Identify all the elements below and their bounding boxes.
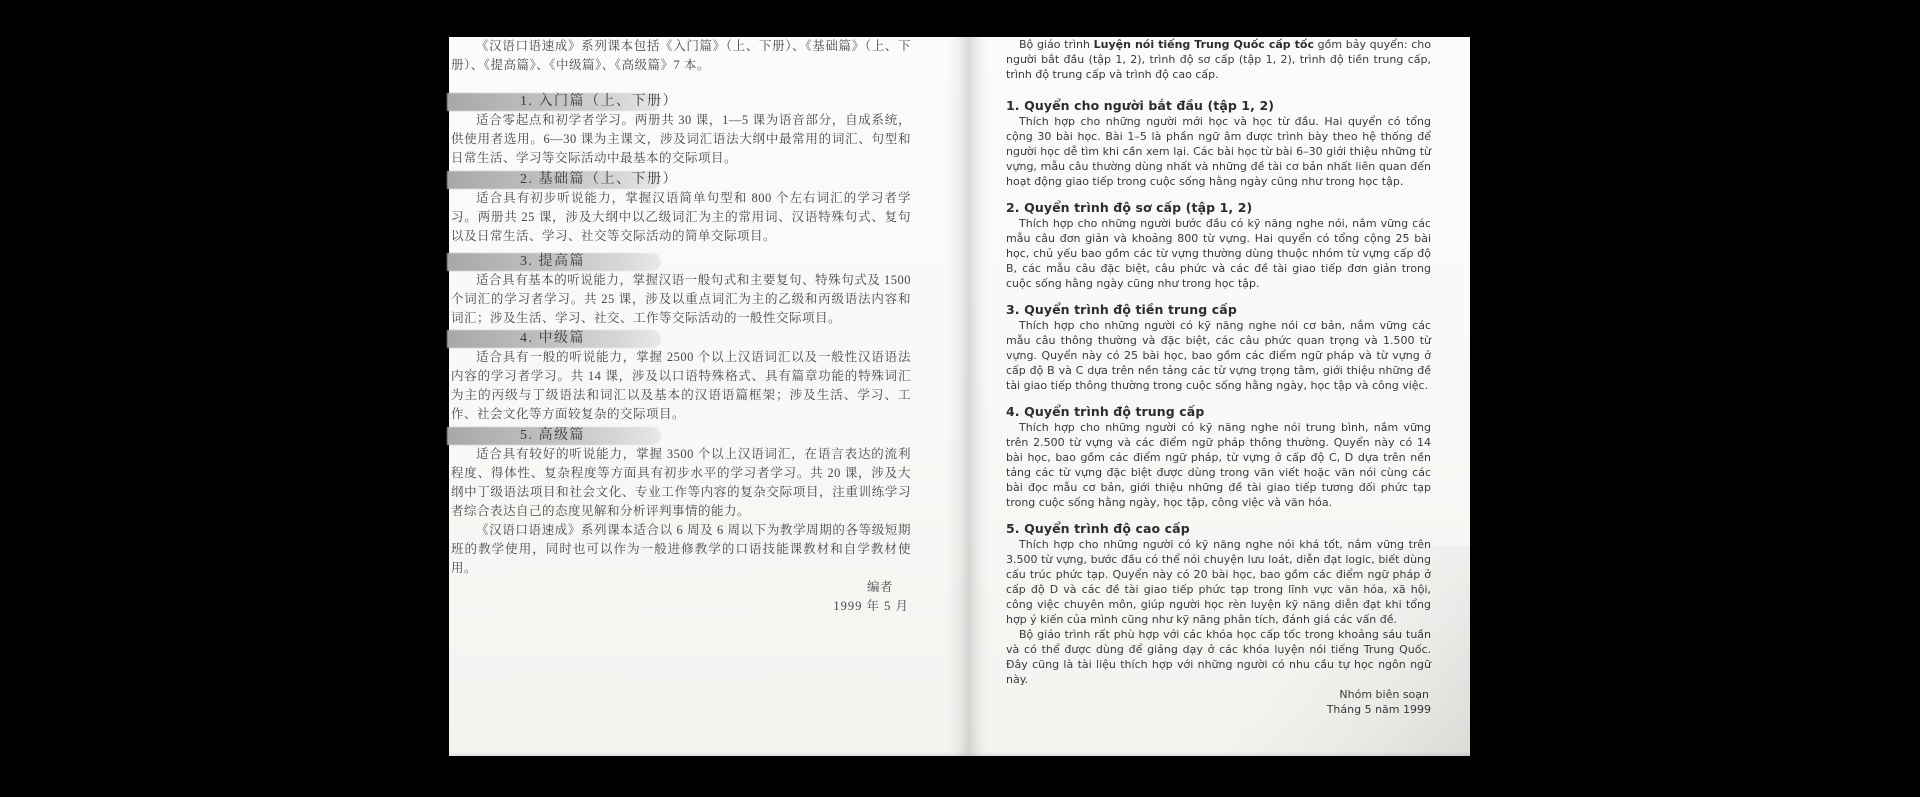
section-body-4: Thích hợp cho những người có kỹ năng ngh…: [1006, 420, 1431, 510]
section-heading-4: 4. 中级篇: [451, 330, 911, 348]
section-heading-2: 2. Quyển trình độ sơ cấp (tập 1, 2): [1006, 200, 1431, 216]
intro-paragraph: 《汉语口语速成》系列课本包括《入门篇》（上、下册）、《基础篇》（上、下册）、《提…: [451, 37, 911, 75]
series-title: Luyện nói tiếng Trung Quốc cấp tốc: [1094, 38, 1314, 51]
page-bottom-shade: [449, 752, 1470, 756]
section-heading-text: 4. 中级篇: [520, 327, 585, 350]
intro-prefix: Bộ giáo trình: [1019, 38, 1094, 51]
section-heading-5: 5. 高级篇: [451, 427, 911, 445]
section-heading-2: 2. 基础篇（上、下册）: [451, 171, 911, 189]
section-heading-text: 3. 提高篇: [520, 250, 585, 273]
section-body-3: Thích hợp cho những người có kỹ năng ngh…: [1006, 318, 1431, 393]
section-body-3: 适合具有基本的听说能力，掌握汉语一般句式和主要复句、特殊句式及 1500 个词汇…: [451, 271, 911, 328]
section-body-2: 适合具有初步听说能力，掌握汉语简单句型和 800 个左右词汇的学习者学习。两册共…: [451, 189, 911, 246]
left-page-chinese: 《汉语口语速成》系列课本包括《入门篇》（上、下册）、《基础篇》（上、下册）、《提…: [451, 37, 911, 756]
section-heading-text: 2. 基础篇（上、下册）: [520, 168, 678, 191]
section-body-5: 适合具有较好的听说能力，掌握 3500 个以上汉语词汇，在语言表达的流利程度、得…: [451, 445, 911, 521]
section-body-2: Thích hợp cho những người bước đầu có kỹ…: [1006, 216, 1431, 291]
section-heading-3: 3. Quyển trình độ tiền trung cấp: [1006, 302, 1431, 318]
section-heading-5: 5. Quyển trình độ cao cấp: [1006, 521, 1431, 537]
intro-paragraph: Bộ giáo trình Luyện nói tiếng Trung Quốc…: [1006, 37, 1431, 82]
section-heading-text: 1. 入门篇（上、下册）: [520, 90, 678, 113]
section-body-1: 适合零起点和初学者学习。两册共 30 课，1—5 课为语音部分，自成系统，供使用…: [451, 111, 911, 168]
photo-background: { "colors": { "background": "#000000", "…: [0, 0, 1920, 797]
section-heading-1: 1. Quyển cho người bắt đầu (tập 1, 2): [1006, 98, 1431, 114]
page-corner-shade: [1150, 546, 1470, 756]
editor-signature: 编者: [451, 578, 911, 597]
page-gutter-shadow: [947, 37, 989, 756]
book-spread: 《汉语口语速成》系列课本包括《入门篇》（上、下册）、《基础篇》（上、下册）、《提…: [449, 37, 1470, 756]
section-heading-3: 3. 提高篇: [451, 253, 911, 271]
section-heading-text: 5. 高级篇: [520, 424, 585, 447]
section-body-4: 适合具有一般的听说能力，掌握 2500 个以上汉语词汇以及一般性汉语语法内容的学…: [451, 348, 911, 424]
signature-date: 1999 年 5 月: [451, 597, 911, 616]
section-heading-1: 1. 入门篇（上、下册）: [451, 93, 911, 111]
closing-paragraph: 《汉语口语速成》系列课本适合以 6 周及 6 周以下为教学周期的各等级短期班的教…: [451, 521, 911, 578]
section-heading-4: 4. Quyển trình độ trung cấp: [1006, 404, 1431, 420]
section-body-1: Thích hợp cho những người mới học và học…: [1006, 114, 1431, 189]
